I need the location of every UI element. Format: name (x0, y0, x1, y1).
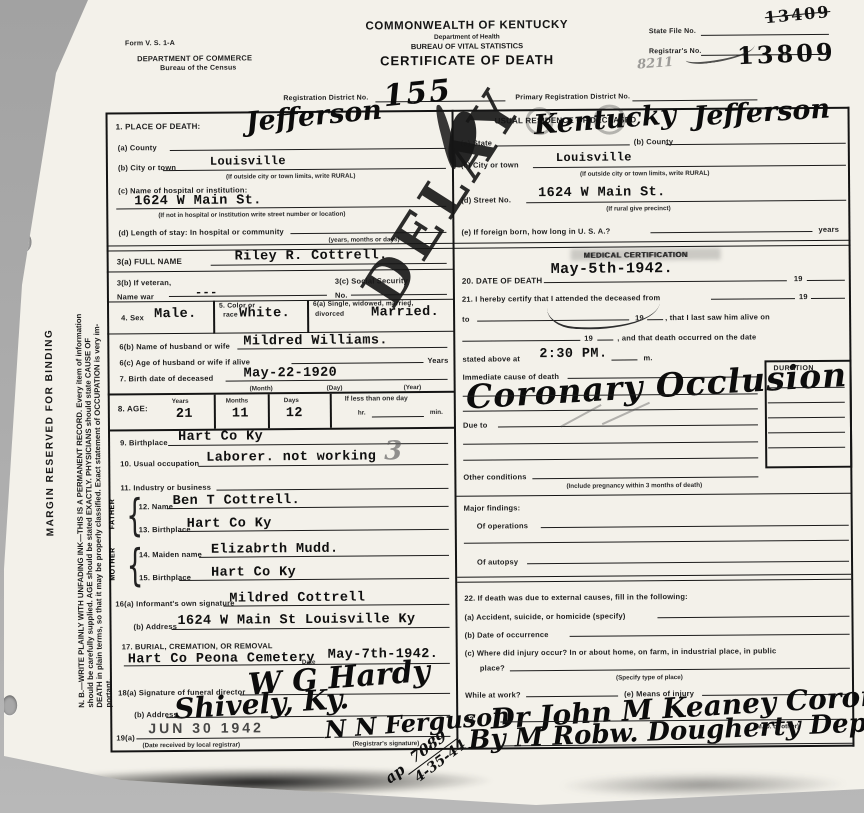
received-caption: (Date received by local registrar) (142, 742, 240, 750)
checkmark-icon: ✓ (46, 19, 74, 53)
cell-divider (214, 395, 216, 429)
ruled-line (498, 424, 758, 427)
bureau-census: Bureau of the Census (160, 65, 236, 73)
ruled-line (807, 280, 845, 281)
foreign-born-unit: years (818, 225, 839, 234)
of-autopsy-label: Of autopsy (477, 557, 518, 566)
residence-city-caption: (If outside city or town limits, write R… (580, 170, 710, 178)
cell-divider (307, 300, 309, 333)
year-prefix: 19 (584, 334, 593, 343)
duration-box (764, 360, 852, 469)
signature-23-number: 23. (465, 715, 476, 724)
primary-district-label: Primary Registration District No. (515, 93, 630, 101)
punch-hole (12, 231, 31, 253)
binding-margin-text: MARGIN RESERVED FOR BINDING (43, 282, 56, 582)
county-label: (a) County (118, 143, 157, 152)
ruled-line (666, 143, 846, 145)
sex-label: 4. Sex (121, 313, 144, 322)
punch-hole (2, 695, 17, 715)
stay-label: (d) Length of stay: In hospital or commu… (118, 227, 284, 237)
year-prefix: 19 (794, 274, 803, 283)
scanned-paper: ✓ MARGIN RESERVED FOR BINDING N. B.—WRIT… (0, 0, 864, 813)
color-value: White. (239, 306, 290, 321)
registrar-caption: (Registrar's signature) (352, 740, 419, 748)
mother-vertical-label: MOTHER (109, 542, 116, 586)
cell-divider (330, 394, 332, 428)
ruled-line (463, 441, 758, 444)
stated-m-label: m. (643, 353, 652, 362)
bureau-vital: BUREAU OF VITAL STATISTICS (327, 41, 607, 52)
age-days-label: Days (284, 397, 299, 404)
marital-sub-label: divorced (315, 311, 344, 318)
age-min-label: min. (430, 409, 443, 416)
cell-divider (213, 301, 215, 334)
time-of-death-value: 2:30 PM. (539, 347, 607, 363)
ruled-line (372, 416, 424, 417)
ruled-line (597, 340, 613, 341)
due-to-label: Due to (463, 421, 488, 430)
row-rule-thick (108, 427, 455, 432)
birthplace-label: 9. Birthplace (120, 438, 168, 447)
age-years-label: Years (172, 398, 189, 405)
section-divider (457, 574, 851, 583)
dept-commerce: DEPARTMENT OF COMMERCE (137, 53, 252, 63)
ruled-line (611, 359, 637, 360)
burial-section-label: 17. BURIAL, CREMATION, OR REMOVAL (122, 641, 273, 651)
father-birthplace-label: 13. Birthplace (139, 525, 191, 534)
date-received-stamp: JUN 30 1942 (148, 719, 264, 736)
certify-line3: , and that death occurred on the date (617, 332, 756, 342)
city-value: Louisville (210, 154, 286, 169)
ruled-line (711, 298, 795, 300)
ruled-line (527, 561, 849, 565)
ruled-line (216, 488, 448, 491)
ruled-line (136, 737, 324, 739)
date-of-death-value: May-5th-1942. (551, 260, 673, 278)
stated-above-label: stated above at (462, 354, 520, 363)
sex-value: Male. (154, 307, 197, 322)
fullname-label: 3(a) FULL NAME (117, 257, 182, 267)
spouse-age-unit: Years (427, 356, 448, 365)
mother-name-label: 14. Maiden name (139, 550, 202, 559)
occurrence-date-label: (b) Date of occurrence (465, 630, 549, 640)
occupation-label: 10. Usual occupation (120, 459, 199, 469)
injury-place-caption: (Specify type of place) (616, 674, 683, 682)
birthdate-label: 7. Birth date of deceased (120, 374, 214, 384)
row-rule (457, 493, 851, 497)
medical-certification-title: MEDICAL CERTIFICATION (584, 250, 688, 260)
birthplace-value: Hart Co Ky (178, 429, 263, 445)
major-findings-label: Major findings: (464, 503, 521, 512)
ruled-line (657, 616, 849, 619)
scan-shadow-light (503, 766, 864, 803)
other-conditions-label: Other conditions (463, 472, 526, 481)
external-causes-label: 22. If death was due to external causes,… (464, 592, 688, 603)
spouse-label: 6(b) Name of husband or wife (119, 342, 230, 352)
mother-bracket: { (126, 540, 143, 591)
age-less-label: If less than one day (345, 395, 408, 402)
street-caption: (If rural give precinct) (606, 205, 670, 213)
other-conditions-caption: (Include pregnancy within 3 months of de… (566, 482, 702, 490)
section-place-of-death: 1. PLACE OF DEATH: (116, 122, 201, 132)
ruled-line (701, 34, 829, 36)
father-vertical-label: FATHER (109, 492, 116, 536)
while-at-work-label: While at work? (465, 690, 521, 699)
occupation-pencil-note: 3 (384, 436, 402, 466)
state-file-old-stamp: 13409 (764, 2, 831, 27)
age-months-value: 11 (232, 406, 249, 421)
age-label: 8. AGE: (118, 404, 148, 413)
injury-where-label2: place? (480, 663, 505, 672)
age-days-value: 12 (286, 406, 303, 421)
ruled-line (544, 280, 787, 283)
certificate-title: CERTIFICATE OF DEATH (327, 52, 607, 69)
ruled-line (464, 540, 849, 544)
cell-divider (268, 394, 270, 428)
ruled-line (463, 457, 758, 460)
ssn-sub-label: No. (335, 291, 348, 300)
father-name-label: 12. Name (139, 502, 174, 511)
ruled-line (541, 525, 849, 528)
ruled-line (462, 340, 580, 342)
received-label: 19(a) (116, 733, 135, 742)
accident-label: (a) Accident, suicide, or homicide (spec… (464, 611, 625, 621)
commonwealth-title: COMMONWEALTH OF KENTUCKY (327, 19, 607, 33)
ruled-line (570, 634, 850, 637)
age-hr-label: hr. (358, 410, 366, 417)
age-years-value: 21 (176, 407, 193, 422)
ruled-line (647, 319, 663, 320)
state-file-label: State File No. (649, 28, 696, 35)
veteran-label: 3(b) If veteran, (117, 278, 172, 287)
veteran-sub-label: Name war (117, 292, 154, 301)
certify-line2: , that I last saw him alive on (665, 312, 770, 322)
ruled-line (532, 476, 758, 479)
scan-tilt-wrapper: ✓ MARGIN RESERVED FOR BINDING N. B.—WRIT… (0, 0, 864, 813)
duration-label: DURATION (774, 365, 814, 372)
color-sub-label: race (223, 312, 238, 319)
spouse-age-label: 6(c) Age of husband or wife if alive (119, 357, 250, 367)
ruled-line (169, 295, 327, 297)
informant-label: 16(a) Informant's own signature (115, 599, 234, 609)
injury-where-label: (c) Where did injury occur? In or about … (465, 646, 777, 657)
pen-swoosh (546, 289, 660, 334)
veteran-value: --- (195, 286, 218, 300)
registrar-pencil-note: 8211 (637, 55, 674, 73)
ruled-line (291, 362, 423, 364)
ruled-line (811, 298, 845, 299)
age-months-label: Months (226, 397, 248, 404)
year-prefix: 19 (799, 292, 808, 301)
ruled-line (650, 231, 812, 233)
occupation-value: Laborer. not working (206, 449, 376, 465)
form-number: Form V. S. 1-A (125, 40, 175, 47)
of-operations-label: Of operations (477, 521, 528, 530)
ruled-line (510, 668, 850, 672)
